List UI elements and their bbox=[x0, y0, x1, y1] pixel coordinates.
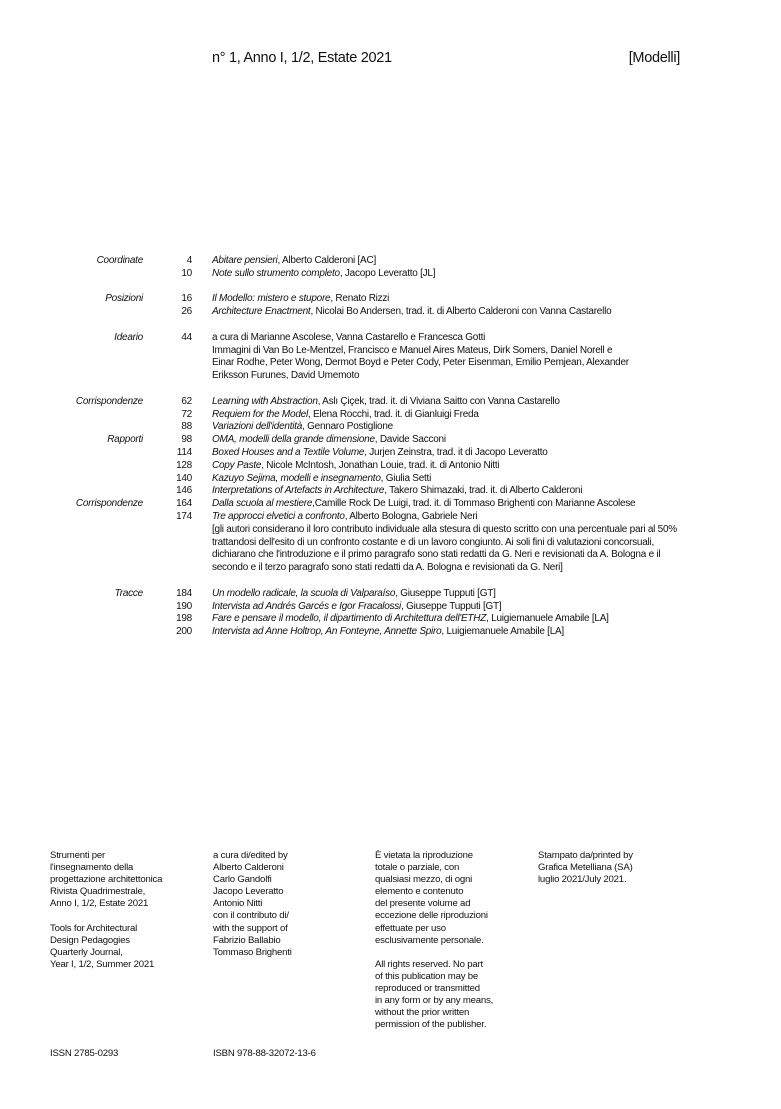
toc-entry: Corrispondenze164Dalla scuola al mestier… bbox=[0, 498, 781, 511]
colophon-line: a cura di/edited by bbox=[213, 850, 353, 862]
toc-page-number: 62 bbox=[181, 396, 192, 409]
toc-entry-text: Immagini di Van Bo Le-Mentzel, Francisco… bbox=[212, 345, 612, 358]
toc-entry-text: Variazioni dell'identità, Gennaro Postig… bbox=[212, 421, 393, 434]
toc-credits: , Luigiemanuele Amabile [LA] bbox=[486, 613, 609, 624]
toc-entry-text: Intervista ad Andrés Garcés e Igor Fraca… bbox=[212, 601, 501, 614]
toc-title: OMA, modelli della grande dimensione bbox=[212, 434, 375, 445]
toc-credits: , Luigiemanuele Amabile [LA] bbox=[441, 626, 564, 637]
toc-entry-text: Un modello radicale, la scuola di Valpar… bbox=[212, 588, 496, 601]
isbn-number: ISBN 978-88-32072-13-6 bbox=[213, 1048, 316, 1059]
toc-entry-text: Boxed Houses and a Textile Volume, Jurje… bbox=[212, 447, 548, 460]
toc-title: Interpretations of Artefacts in Architec… bbox=[212, 485, 384, 496]
toc-entry: Rapporti98OMA, modelli della grande dime… bbox=[0, 434, 781, 447]
toc-credits: Einar Rodhe, Peter Wong, Dermot Boyd e P… bbox=[212, 357, 629, 368]
colophon-line: luglio 2021/July 2021. bbox=[538, 874, 688, 886]
toc-list-tracce: Tracce184Un modello radicale, la scuola … bbox=[0, 588, 781, 639]
toc-entry: Posizioni16Il Modello: mistero e stupore… bbox=[0, 293, 781, 306]
toc-section: Tracce bbox=[115, 588, 143, 601]
toc-entry: 174Tre approcci elvetici a confronto, Al… bbox=[0, 511, 781, 524]
toc-page-number: 184 bbox=[176, 588, 192, 601]
toc-entry: 10Note sullo strumento completo, Jacopo … bbox=[0, 268, 781, 281]
toc-page-number: 88 bbox=[181, 421, 192, 434]
colophon-line: Tools for Architectural bbox=[50, 923, 200, 935]
toc-credits: , Davide Sacconi bbox=[375, 434, 446, 445]
toc-page-number: 44 bbox=[181, 332, 192, 345]
journal-info-english: Tools for ArchitecturalDesign Pedagogies… bbox=[50, 923, 200, 971]
colophon-line: qualsiasi mezzo, di ogni bbox=[375, 874, 525, 886]
toc-credits: , Giuseppe Tupputi [GT] bbox=[401, 601, 501, 612]
toc-credits: , Alberto Calderoni [AC] bbox=[277, 255, 376, 266]
colophon-line: totale o parziale, con bbox=[375, 862, 525, 874]
colophon-line: without the prior written bbox=[375, 1007, 525, 1019]
toc-title: Dalla scuola al mestiere bbox=[212, 498, 312, 509]
issue-label: n° 1, Anno I, 1/2, Estate 2021 bbox=[212, 50, 392, 66]
toc-entry: Eriksson Furunes, David Umemoto bbox=[0, 370, 781, 383]
toc-credits: , Nicolai Bo Andersen, trad. it. di Albe… bbox=[310, 306, 611, 317]
toc-entry-text: Il Modello: mistero e stupore, Renato Ri… bbox=[212, 293, 389, 306]
colophon-line: in any form or by any means, bbox=[375, 995, 525, 1007]
toc-entry-text: Fare e pensare il modello, il dipartimen… bbox=[212, 613, 609, 626]
toc-entry-text: Copy Paste, Nicole McIntosh, Jonathan Lo… bbox=[212, 460, 499, 473]
toc-page-number: 140 bbox=[176, 473, 192, 486]
toc-title: Un modello radicale, la scuola di Valpar… bbox=[212, 588, 395, 599]
toc-credits: , Gennaro Postiglione bbox=[302, 421, 393, 432]
toc-section: Coordinate bbox=[97, 255, 143, 268]
toc-credits: ,Camille Rock De Luigi, trad. it. di Tom… bbox=[312, 498, 635, 509]
toc-title: Variazioni dell'identità bbox=[212, 421, 302, 432]
toc-credits: , Takero Shimazaki, trad. it. di Alberto… bbox=[384, 485, 582, 496]
colophon-line: progettazione architettonica bbox=[50, 874, 200, 886]
running-header: n° 1, Anno I, 1/2, Estate 2021 [Modelli] bbox=[212, 50, 680, 70]
colophon-line: con il contributo di/ bbox=[213, 910, 353, 922]
colophon-line: Rivista Quadrimestrale, bbox=[50, 886, 200, 898]
colophon-line: Grafica Metelliana (SA) bbox=[538, 862, 688, 874]
toc-title: Intervista ad Andrés Garcés e Igor Fraca… bbox=[212, 601, 401, 612]
toc-credits: a cura di Marianne Ascolese, Vanna Casta… bbox=[212, 332, 485, 343]
toc-entry: Einar Rodhe, Peter Wong, Dermot Boyd e P… bbox=[0, 357, 781, 370]
toc-entry: 26Architecture Enactment, Nicolai Bo And… bbox=[0, 306, 781, 319]
toc-entry: Immagini di Van Bo Le-Mentzel, Francisco… bbox=[0, 345, 781, 358]
colophon-line: Strumenti per bbox=[50, 850, 200, 862]
colophon-line: Year I, 1/2, Summer 2021 bbox=[50, 959, 200, 971]
printer-info: Stampato da/printed byGrafica Metelliana… bbox=[538, 850, 688, 886]
colophon-line: del presente volume ad bbox=[375, 898, 525, 910]
toc-entry-text: Note sullo strumento completo, Jacopo Le… bbox=[212, 268, 435, 281]
toc-entry: 198Fare e pensare il modello, il diparti… bbox=[0, 613, 781, 626]
colophon-line: Quarterly Journal, bbox=[50, 947, 200, 959]
toc-page-number: 174 bbox=[176, 511, 192, 524]
toc-title: Note sullo strumento completo bbox=[212, 268, 340, 279]
rights-english: All rights reserved. No partof this publ… bbox=[375, 959, 525, 1032]
toc-credits: , Elena Rocchi, trad. it. di Gianluigi F… bbox=[308, 409, 479, 420]
colophon-line: permission of the publisher. bbox=[375, 1019, 525, 1031]
colophon-line: l'insegnamento della bbox=[50, 862, 200, 874]
toc-entry: 128Copy Paste, Nicole McIntosh, Jonathan… bbox=[0, 460, 781, 473]
toc-section: Corrispondenze bbox=[76, 498, 143, 511]
toc-entry-text: Interpretations of Artefacts in Architec… bbox=[212, 485, 582, 498]
toc-page-number: 98 bbox=[181, 434, 192, 447]
toc-credits: Immagini di Van Bo Le-Mentzel, Francisco… bbox=[212, 345, 612, 356]
toc-entry-text: Dalla scuola al mestiere,Camille Rock De… bbox=[212, 498, 635, 511]
toc-section: Rapporti bbox=[107, 434, 143, 447]
colophon-line: Tommaso Brighenti bbox=[213, 947, 353, 959]
colophon-line: Jacopo Leveratto bbox=[213, 886, 353, 898]
toc-title: Architecture Enactment bbox=[212, 306, 310, 317]
toc-page-number: 128 bbox=[176, 460, 192, 473]
toc-title: Tre approcci elvetici a confronto bbox=[212, 511, 345, 522]
toc-page-number: 146 bbox=[176, 485, 192, 498]
toc-entry: 114Boxed Houses and a Textile Volume, Ju… bbox=[0, 447, 781, 460]
toc-page-number: 4 bbox=[187, 255, 192, 268]
toc-title: Fare e pensare il modello, il dipartimen… bbox=[212, 613, 486, 624]
colophon-line: Alberto Calderoni bbox=[213, 862, 353, 874]
toc-author-note: [gli autori considerano il loro contribu… bbox=[212, 524, 680, 575]
toc-entry-text: Architecture Enactment, Nicolai Bo Ander… bbox=[212, 306, 611, 319]
toc-entry: 72Requiem for the Model, Elena Rocchi, t… bbox=[0, 409, 781, 422]
toc-page-number: 198 bbox=[176, 613, 192, 626]
toc-entry: 140Kazuyo Sejima, modelli e insegnamento… bbox=[0, 473, 781, 486]
toc-title: Intervista ad Anne Holtrop, An Fonteyne,… bbox=[212, 626, 441, 637]
toc-section: Ideario bbox=[114, 332, 143, 345]
toc-entry: Coordinate4Abitare pensieri, Alberto Cal… bbox=[0, 255, 781, 268]
toc-title: Il Modello: mistero e stupore bbox=[212, 293, 330, 304]
toc-entry-text: OMA, modelli della grande dimensione, Da… bbox=[212, 434, 446, 447]
toc-entry-text: Learning with Abstraction, Aslı Çiçek, t… bbox=[212, 396, 560, 409]
toc-credits: , Giulia Setti bbox=[381, 473, 431, 484]
colophon-line: with the support of bbox=[213, 923, 353, 935]
toc-entry: 190Intervista ad Andrés Garcés e Igor Fr… bbox=[0, 601, 781, 614]
toc-page-number: 72 bbox=[181, 409, 192, 422]
toc-credits: , Alberto Bologna, Gabriele Neri bbox=[345, 511, 478, 522]
colophon-line: Anno I, 1/2, Estate 2021 bbox=[50, 898, 200, 910]
toc-credits: , Jurjen Zeinstra, trad. it di Jacopo Le… bbox=[364, 447, 547, 458]
toc-section: Corrispondenze bbox=[76, 396, 143, 409]
toc-credits: , Aslı Çiçek, trad. it. di Viviana Saitt… bbox=[318, 396, 560, 407]
toc-credits: Eriksson Furunes, David Umemoto bbox=[212, 370, 359, 381]
toc-page-number: 26 bbox=[181, 306, 192, 319]
colophon-editors: a cura di/edited byAlberto CalderoniCarl… bbox=[213, 850, 353, 959]
toc-page-number: 190 bbox=[176, 601, 192, 614]
toc-entry-text: Requiem for the Model, Elena Rocchi, tra… bbox=[212, 409, 479, 422]
colophon-line: All rights reserved. No part bbox=[375, 959, 525, 971]
theme-label: [Modelli] bbox=[629, 50, 680, 66]
toc-credits: , Renato Rizzi bbox=[330, 293, 389, 304]
toc-title: Requiem for the Model bbox=[212, 409, 308, 420]
toc-page-number: 114 bbox=[177, 447, 192, 460]
toc-title: Abitare pensieri bbox=[212, 255, 277, 266]
colophon-line: reproduced or transmitted bbox=[375, 983, 525, 995]
colophon-line: of this publication may be bbox=[375, 971, 525, 983]
colophon-line: È vietata la riproduzione bbox=[375, 850, 525, 862]
colophon-line: Stampato da/printed by bbox=[538, 850, 688, 862]
toc-page-number: 10 bbox=[181, 268, 192, 281]
toc-entry-text: Kazuyo Sejima, modelli e insegnamento, G… bbox=[212, 473, 431, 486]
toc-entry-text: Abitare pensieri, Alberto Calderoni [AC] bbox=[212, 255, 376, 268]
toc-credits: , Giuseppe Tupputi [GT] bbox=[395, 588, 495, 599]
colophon-line: elemento e contenuto bbox=[375, 886, 525, 898]
toc-entry: Ideario44a cura di Marianne Ascolese, Va… bbox=[0, 332, 781, 345]
toc-entry-text: Tre approcci elvetici a confronto, Alber… bbox=[212, 511, 477, 524]
toc-title: Kazuyo Sejima, modelli e insegnamento bbox=[212, 473, 381, 484]
colophon-line: eccezione delle riproduzioni bbox=[375, 910, 525, 922]
toc-credits: , Jacopo Leveratto [JL] bbox=[340, 268, 435, 279]
colophon-line: Carlo Gandolfi bbox=[213, 874, 353, 886]
colophon-line: Antonio Nitti bbox=[213, 898, 353, 910]
toc-credits: , Nicole McIntosh, Jonathan Louie, trad.… bbox=[261, 460, 499, 471]
colophon-line: Design Pedagogies bbox=[50, 935, 200, 947]
colophon-journal-info: Strumenti perl'insegnamento dellaprogett… bbox=[50, 850, 200, 971]
colophon-rights: È vietata la riproduzionetotale o parzia… bbox=[375, 850, 525, 1031]
toc-entry-text: a cura di Marianne Ascolese, Vanna Casta… bbox=[212, 332, 485, 345]
toc-entry: 200Intervista ad Anne Holtrop, An Fontey… bbox=[0, 626, 781, 639]
editors-list: a cura di/edited byAlberto CalderoniCarl… bbox=[213, 850, 353, 959]
toc-entry-text: Eriksson Furunes, David Umemoto bbox=[212, 370, 359, 383]
toc-title: Learning with Abstraction bbox=[212, 396, 318, 407]
toc-entry: Corrispondenze62Learning with Abstractio… bbox=[0, 396, 781, 409]
colophon-printer: Stampato da/printed byGrafica Metelliana… bbox=[538, 850, 688, 886]
toc-entry-text: Intervista ad Anne Holtrop, An Fonteyne,… bbox=[212, 626, 564, 639]
toc-entry: Tracce184Un modello radicale, la scuola … bbox=[0, 588, 781, 601]
toc-page-number: 200 bbox=[176, 626, 192, 639]
toc-entry: 146Interpretations of Artefacts in Archi… bbox=[0, 485, 781, 498]
toc-list: Coordinate4Abitare pensieri, Alberto Cal… bbox=[0, 255, 781, 524]
rights-italian: È vietata la riproduzionetotale o parzia… bbox=[375, 850, 525, 947]
journal-info-italian: Strumenti perl'insegnamento dellaprogett… bbox=[50, 850, 200, 910]
toc-page-number: 16 bbox=[181, 293, 192, 306]
toc-entry-text: Einar Rodhe, Peter Wong, Dermot Boyd e P… bbox=[212, 357, 629, 370]
toc-title: Copy Paste bbox=[212, 460, 261, 471]
colophon-line: esclusivamente personale. bbox=[375, 935, 525, 947]
toc-title: Boxed Houses and a Textile Volume bbox=[212, 447, 364, 458]
toc-section: Posizioni bbox=[105, 293, 143, 306]
table-of-contents: Coordinate4Abitare pensieri, Alberto Cal… bbox=[0, 255, 781, 639]
colophon-line: Fabrizio Ballabio bbox=[213, 935, 353, 947]
issn-number: ISSN 2785-0293 bbox=[50, 1048, 118, 1059]
toc-page-number: 164 bbox=[176, 498, 192, 511]
toc-entry: 88Variazioni dell'identità, Gennaro Post… bbox=[0, 421, 781, 434]
colophon-line: effettuate per uso bbox=[375, 923, 525, 935]
